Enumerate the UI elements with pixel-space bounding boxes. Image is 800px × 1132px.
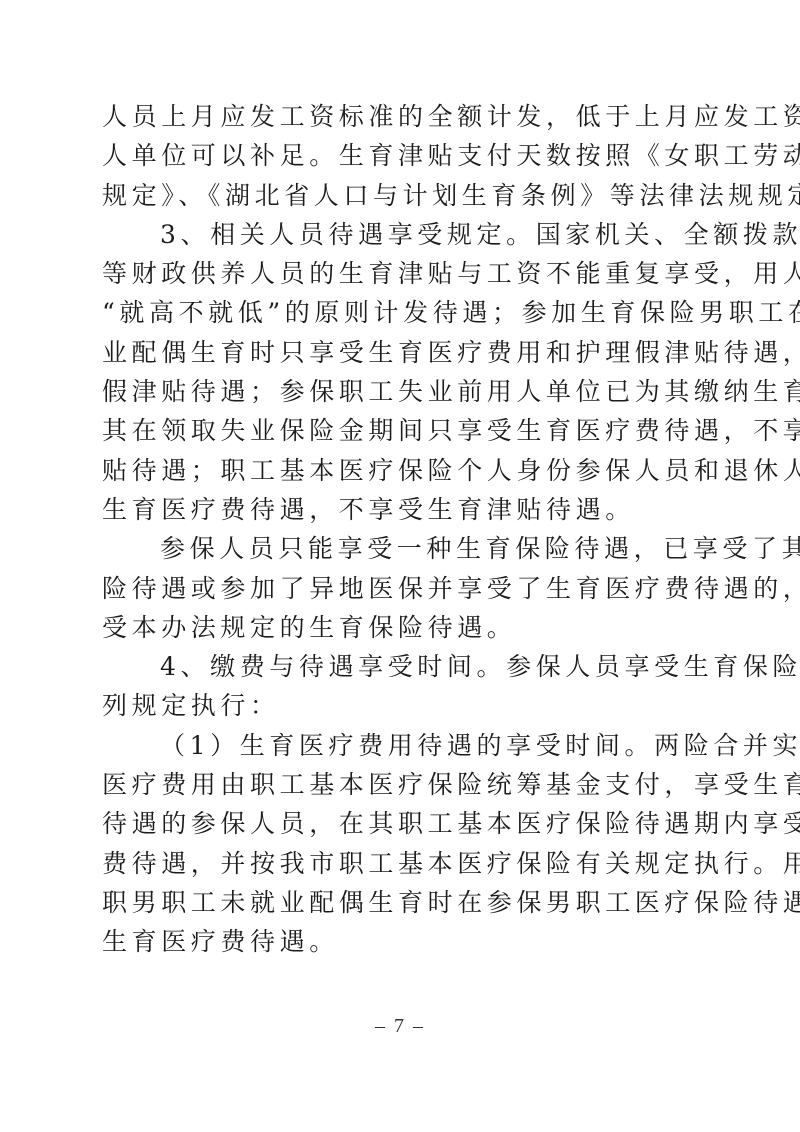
paragraph-heading-line: 4、缴费与待遇享受时间。参保人员享受生育保险待遇按下: [102, 647, 702, 686]
text-line: 生育医疗费待遇，不享受生育津贴待遇。: [102, 490, 702, 529]
document-page: 人员上月应发工资标准的全额计发，低于上月应发工资标准的用 人单位可以补足。生育津…: [0, 0, 800, 1132]
text-line: 其在领取失业保险金期间只享受生育医疗费待遇，不享受生育津: [102, 411, 702, 450]
page-number: – 7 –: [0, 1015, 800, 1038]
text-line: 医疗费用由职工基本医疗保险统筹基金支付，享受生育医疗费用: [102, 765, 702, 804]
paragraph-heading-line: 3、相关人员待遇享受规定。国家机关、全额拨款事业单位: [102, 215, 702, 254]
text-line: 规定》、《湖北省人口与计划生育条例》等法律法规规定期限执行。: [102, 176, 702, 215]
text-line: 待遇的参保人员，在其职工基本医疗保险待遇期内享受生育医疗: [102, 804, 702, 843]
text-line: 人单位可以补足。生育津贴支付天数按照《女职工劳动保护特别: [102, 136, 702, 175]
text-line: 业配偶生育时只享受生育医疗费用和护理假津贴待遇，不享受产: [102, 333, 702, 372]
text-line: 列规定执行：: [102, 686, 702, 725]
text-line: 费待遇，并按我市职工基本医疗保险有关规定执行。用人单位在: [102, 844, 702, 883]
text-line: 受本办法规定的生育保险待遇。: [102, 608, 702, 647]
text-line: 假津贴待遇；参保职工失业前用人单位已为其缴纳生育保险费，: [102, 372, 702, 411]
text-line: 参保人员只能享受一种生育保险待遇，已享受了其它医疗保: [102, 529, 702, 568]
text-line: 等财政供养人员的生育津贴与工资不能重复享受，用人单位按: [102, 254, 702, 293]
paragraph-heading-line: （1）生育医疗费用待遇的享受时间。两险合并实施后，生育: [102, 726, 702, 765]
text-line: 险待遇或参加了异地医保并享受了生育医疗费待遇的，不重复享: [102, 569, 702, 608]
document-body: 人员上月应发工资标准的全额计发，低于上月应发工资标准的用 人单位可以补足。生育津…: [102, 97, 702, 962]
text-line: 职男职工未就业配偶生育时在参保男职工医疗保险待遇期内享受: [102, 883, 702, 922]
text-line: “就高不就低”的原则计发待遇；参加生育保险男职工在其未就: [102, 293, 702, 332]
text-line: 贴待遇；职工基本医疗保险个人身份参保人员和退休人员只享受: [102, 451, 702, 490]
text-line: 生育医疗费待遇。: [102, 922, 702, 961]
text-line: 人员上月应发工资标准的全额计发，低于上月应发工资标准的用: [102, 97, 702, 136]
